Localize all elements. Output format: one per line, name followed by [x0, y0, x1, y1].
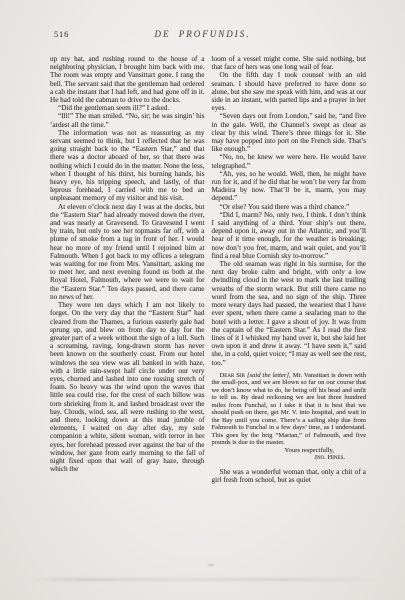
right-column: loom of a vessel might come. She said no… [212, 55, 367, 484]
letter-body: Dear Sir [said the letter], Mr. Vansitta… [212, 372, 367, 447]
paragraph: “Did I, marm? No, only two, I think. I d… [212, 211, 367, 260]
letter-text: Mr. Vansittart is down with the small-po… [212, 372, 367, 447]
letter-closing: Yours respectfully, [212, 447, 367, 455]
letter-salutation: Dear Sir [220, 372, 245, 379]
paragraph: “Ah, yes, so he would. Well, then, he mi… [212, 170, 367, 203]
paragraph: “Ill!” The man smiled. “No, sir; he was … [50, 112, 205, 128]
book-page: 516 DE PROFUNDIS. up my hat, and rushing… [0, 0, 405, 600]
paragraph: The information was not as reassuring as… [50, 129, 205, 203]
letter-signature: Jno. Hines. [212, 454, 367, 462]
paragraph: “Or else? You said there was a third cha… [212, 203, 367, 211]
paragraph: The old seaman was right in his surmise,… [212, 260, 367, 367]
paragraph: up my hat, and rushing round to the hous… [50, 55, 205, 104]
text-columns: up my hat, and rushing round to the hous… [50, 55, 366, 484]
paragraph: At eleven o’clock next day I was at the … [50, 203, 205, 301]
letter-editorial-insertion: [said the letter], [245, 372, 291, 379]
paragraph: They were ten days which I am not likely… [50, 301, 205, 473]
scan-artifact-dot [208, 564, 214, 566]
paragraph: She was a wonderful woman that, only a c… [212, 468, 367, 484]
paragraph: On the fifth day I took counsel with an … [212, 71, 367, 112]
paragraph: “Seven days out from London,” said he, “… [212, 112, 367, 153]
page-number: 516 [54, 29, 69, 39]
letter-block: Dear Sir [said the letter], Mr. Vansitta… [212, 372, 367, 462]
scan-artifact [28, 578, 376, 581]
paragraph: loom of a vessel might come. She said no… [212, 55, 367, 71]
running-title: DE PROFUNDIS. [40, 29, 365, 39]
running-head: 516 DE PROFUNDIS. [40, 29, 365, 42]
left-column: up my hat, and rushing round to the hous… [50, 55, 205, 484]
paragraph: “No, no, he knew we were here. He would … [212, 153, 367, 169]
